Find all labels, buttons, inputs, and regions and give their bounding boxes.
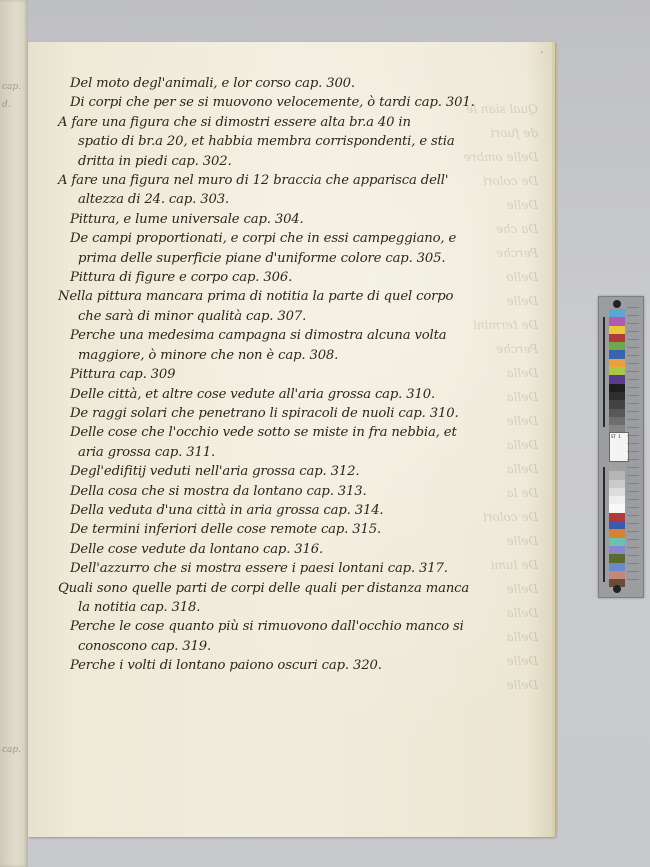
left-page-text: cap. xyxy=(2,82,24,93)
index-entry-line: Dell'azzurro che si mostra essere i paes… xyxy=(70,559,540,578)
color-swatch xyxy=(609,529,625,537)
mounting-hole-icon xyxy=(613,300,621,308)
color-swatch xyxy=(609,309,625,317)
left-page-text: d. xyxy=(2,100,24,111)
index-entry-line: Della veduta d'una città in aria grossa … xyxy=(70,501,540,520)
index-entry-line: dritta in piedi cap. 302. xyxy=(70,152,540,171)
color-calibration-target: ST 1 xyxy=(598,296,644,598)
index-entry-line: maggiore, ò minore che non è cap. 308. xyxy=(70,346,540,365)
index-entry-line: altezza di 24. cap. 303. xyxy=(70,190,540,209)
index-entry-line: A fare una figura che si dimostri essere… xyxy=(58,113,540,132)
color-swatch xyxy=(609,571,625,579)
color-swatch xyxy=(609,384,625,392)
index-entry-line: Pittura di figure e corpo cap. 306. xyxy=(70,268,540,287)
color-swatch xyxy=(609,496,625,504)
index-entry-line: Pittura, e lume universale cap. 304. xyxy=(70,210,540,229)
color-swatch xyxy=(609,480,625,488)
index-entry-line: De termini inferiori delle cose remote c… xyxy=(70,520,540,539)
color-swatch xyxy=(609,367,625,375)
index-entry-line: Delle cose che l'occhio vede sotto se mi… xyxy=(70,423,540,442)
color-swatch xyxy=(609,471,625,479)
color-swatches-bottom xyxy=(609,463,625,587)
index-entry-line: Perche i volti di lontano paiono oscuri … xyxy=(70,656,540,675)
color-swatch xyxy=(609,521,625,529)
manuscript-page: · Qual sian le de fuori Delle ombre De c… xyxy=(28,42,555,837)
index-entry-line: Del moto degl'animali, e lor corso cap. … xyxy=(70,74,540,93)
index-entry-line: Quali sono quelle parti de corpi delle q… xyxy=(58,579,540,598)
index-entry-line: la notitia cap. 318. xyxy=(70,598,540,617)
color-swatch xyxy=(609,463,625,471)
color-swatch xyxy=(609,563,625,571)
index-entry-line: Della cosa che si mostra da lontano cap.… xyxy=(70,482,540,501)
bleed-line: Delle xyxy=(358,673,538,697)
index-entry-line: De raggi solari che penetrano li spiraco… xyxy=(70,404,540,423)
mounting-hole-icon xyxy=(613,585,621,593)
color-swatch xyxy=(609,409,625,417)
color-swatch xyxy=(609,538,625,546)
index-entry-line: spatio di br.a 20, et habbia membra corr… xyxy=(70,132,540,151)
index-entry-line: che sarà di minor qualità cap. 307. xyxy=(70,307,540,326)
color-swatch xyxy=(609,392,625,400)
color-swatch xyxy=(609,375,625,383)
index-entry-line: De campi proportionati, e corpi che in e… xyxy=(70,229,540,248)
chapter-index-text: Del moto degl'animali, e lor corso cap. … xyxy=(70,74,540,676)
left-page-text: cap. xyxy=(2,745,24,756)
color-swatch xyxy=(609,359,625,367)
index-entry-line: Delle città, et altre cose vedute all'ar… xyxy=(70,385,540,404)
color-swatch xyxy=(609,513,625,521)
index-entry-line: A fare una figura nel muro di 12 braccia… xyxy=(58,171,540,190)
index-entry-line: prima delle superficie piane d'uniforme … xyxy=(70,249,540,268)
scale-bar xyxy=(603,467,605,582)
color-swatch xyxy=(609,504,625,512)
index-entry-line: conoscono cap. 319. xyxy=(70,637,540,656)
index-entry-line: Perche le cose quanto più si rimuovono d… xyxy=(70,617,540,636)
index-entry-line: Di corpi che per se si muovono velocemen… xyxy=(70,93,540,112)
calibration-label: ST 1 xyxy=(609,432,629,462)
index-entry-line: aria grossa cap. 311. xyxy=(70,443,540,462)
tick-marks xyxy=(627,307,639,587)
color-swatch xyxy=(609,546,625,554)
color-swatch xyxy=(609,326,625,334)
color-swatch xyxy=(609,317,625,325)
left-facing-page-edge: cap. d. cap. xyxy=(0,0,28,867)
index-entry-line: Delle cose vedute da lontano cap. 316. xyxy=(70,540,540,559)
index-entry-line: Perche una medesima campagna si dimostra… xyxy=(70,326,540,345)
scale-bar xyxy=(603,317,605,427)
color-swatch xyxy=(609,400,625,408)
color-swatch xyxy=(609,488,625,496)
calibration-label-text: ST 1 xyxy=(610,433,628,440)
color-swatch xyxy=(609,554,625,562)
color-swatches-top xyxy=(609,309,625,433)
color-swatch xyxy=(609,342,625,350)
index-entry-line: Degl'edifitij veduti nell'aria grossa ca… xyxy=(70,462,540,481)
color-swatch xyxy=(609,334,625,342)
index-entry-line: Pittura cap. 309 xyxy=(70,365,540,384)
color-swatch xyxy=(609,350,625,358)
color-swatch xyxy=(609,417,625,425)
folio-mark: · xyxy=(540,46,544,59)
index-entry-line: Nella pittura mancara prima di notitia l… xyxy=(58,287,540,306)
